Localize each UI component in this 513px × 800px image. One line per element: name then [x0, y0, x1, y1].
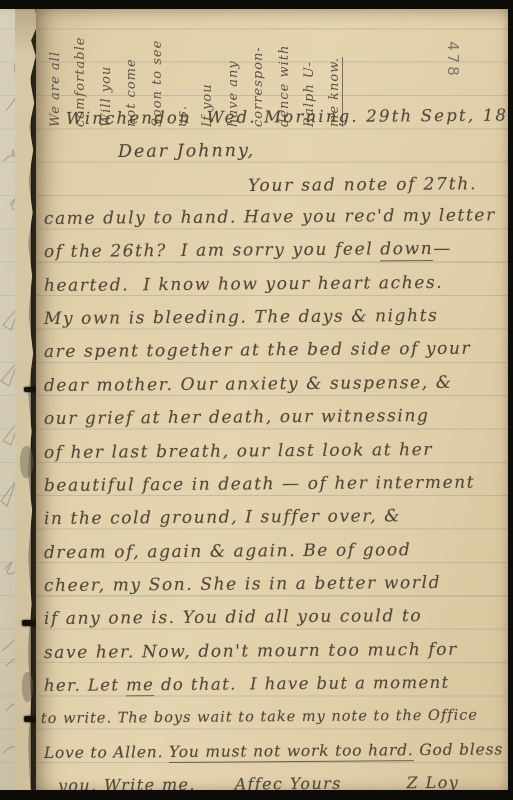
letter-line: our grief at her death, our witnessing	[44, 404, 430, 431]
letter-line-text: came duly to hand. Have you rec'd my let…	[44, 205, 496, 229]
letter-line: came duly to hand. Have you rec'd my let…	[44, 203, 496, 231]
letter-line-text: Winchendon Wed. Morning. 29th Sept, 1869	[66, 105, 513, 128]
letter-line: cheer, my Son. She is in a better world	[44, 571, 441, 598]
letter-line: Your sad note of 27th.	[248, 172, 478, 198]
letter-line-text: if any one is. You did all you could to	[44, 606, 422, 629]
page-number: 478	[444, 41, 462, 79]
photo-border-top	[0, 0, 513, 9]
letter-line: beautiful face in death — of her interme…	[44, 470, 475, 497]
letter-line: of the 26th? I am sorry you feel down—	[44, 237, 452, 264]
letter-line-text: Dear Johnny,	[118, 141, 255, 162]
letter-line-text: save her. Now, don't mourn too much for	[44, 639, 458, 662]
letter-line-text: to write. The boys wait to take my note …	[41, 708, 478, 727]
letter-line: Love to Allen. You must not work too har…	[44, 737, 503, 765]
letter-line-text: are spent together at the bed side of yo…	[44, 339, 472, 362]
letter-line-text: —	[433, 239, 452, 259]
letter-line-text: me	[126, 675, 154, 696]
letter-line-text: down	[380, 239, 433, 261]
letter-line-text: Your sad note of 27th.	[248, 174, 478, 196]
letter-line: dream of, again & again. Be of good	[44, 538, 412, 565]
letter-photograph: We are allcomfortableWill younot comeSoo…	[0, 0, 513, 800]
letter-line-text: our grief at her death, our witnessing	[44, 406, 430, 429]
stub-stain	[20, 446, 33, 478]
stub-stain	[22, 672, 33, 702]
letter-line-text: in the cold ground, I suffer over, &	[44, 506, 401, 529]
letter-page: We are allcomfortableWill younot comeSoo…	[36, 9, 508, 792]
letter-line-text: of her last breath, our last look at her	[44, 439, 433, 462]
letter-line: save her. Now, don't mourn too much for	[44, 637, 458, 664]
letter-line: to write. The boys wait to take my note …	[41, 704, 478, 731]
letter-line: if any one is. You did all you could to	[44, 604, 422, 631]
letter-line-text: hearted. I know how your heart aches.	[44, 273, 444, 296]
letter-line-text: dream of, again & again. Be of good	[44, 540, 412, 563]
letter-line-text: God bless	[414, 740, 504, 759]
margin-note-text-segment: We are all	[48, 51, 63, 127]
letter-line-text: dear mother. Our anxiety & suspense, &	[44, 373, 453, 396]
letter-line-text: of the 26th? I am sorry you feel	[44, 240, 381, 263]
letter-line: in the cold ground, I suffer over, &	[44, 504, 401, 531]
photo-border-bottom	[0, 790, 513, 800]
letter-line: Dear Johnny,	[118, 139, 255, 164]
letter-line-text: do that. I have but a moment	[154, 673, 450, 694]
letter-line: My own is bleeding. The days & nights	[44, 304, 439, 331]
letter-line-text: beautiful face in death — of her interme…	[44, 472, 475, 495]
letter-line-text: Love to Allen.	[44, 743, 169, 762]
letter-line-text: You must not work too hard.	[169, 741, 414, 763]
letter-line: Winchendon Wed. Morning. 29th Sept, 1869	[66, 103, 513, 131]
letter-line: dear mother. Our anxiety & suspense, &	[44, 371, 453, 398]
photo-border-right	[508, 0, 513, 800]
margin-note-line: We are all	[43, 7, 68, 127]
letter-line: her. Let me do that. I have but a moment	[44, 671, 450, 698]
letter-line-text: cheer, my Son. She is in a better world	[44, 573, 441, 596]
letter-line: of her last breath, our last look at her	[44, 437, 433, 464]
letter-line-text: her. Let	[44, 675, 126, 695]
letter-line-text: My own is bleeding. The days & nights	[44, 306, 439, 329]
letter-line: are spent together at the bed side of yo…	[44, 337, 472, 364]
letter-line: hearted. I know how your heart aches.	[44, 271, 444, 298]
